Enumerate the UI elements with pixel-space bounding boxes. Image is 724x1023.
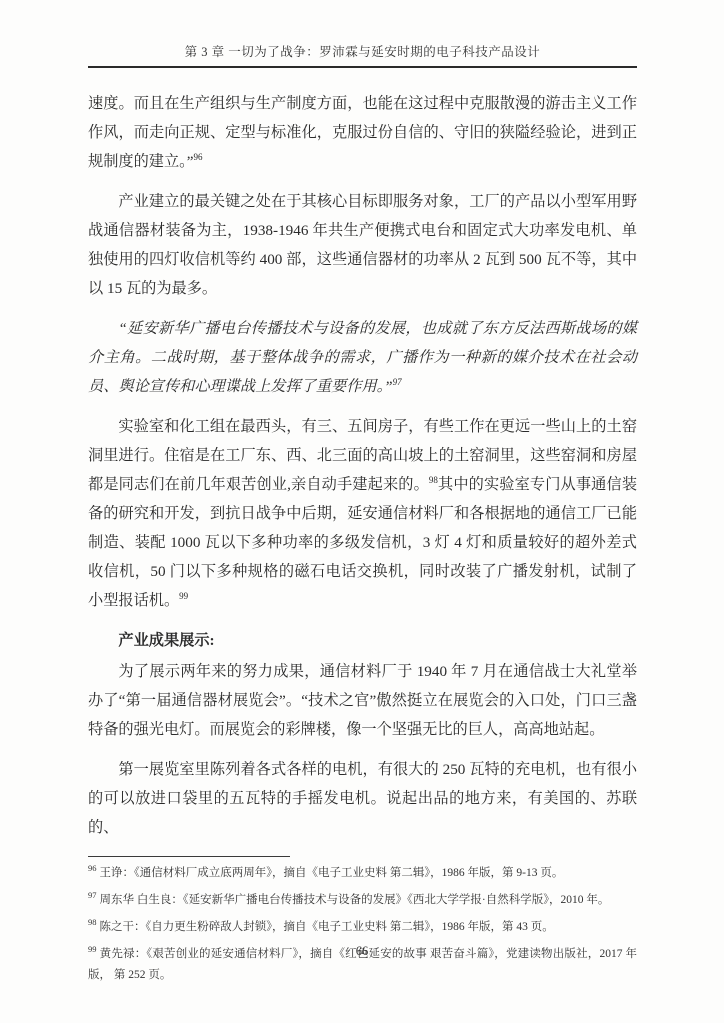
- document-page: 第 3 章 一切为了战争：罗沛霖与延安时期的电子科技产品设计 速度。而且在生产组…: [0, 0, 724, 1023]
- footnote-item: 98陈之干：《自力更生粉碎敌人封锁》，摘自《电子工业史料 第二辑》，1986 年…: [88, 917, 637, 938]
- footnotes-section: 96王诤：《通信材料厂成立底两周年》，摘自《电子工业史料 第二辑》，1986 年…: [88, 863, 637, 986]
- footnote-number: 96: [88, 863, 97, 873]
- footnote-item: 96王诤：《通信材料厂成立底两周年》，摘自《电子工业史料 第二辑》，1986 年…: [88, 863, 637, 884]
- footnote-ref: 98: [429, 475, 438, 485]
- body-text: 速度。而且在生产组织与生产制度方面，也能在这过程中克服散漫的游击主义工作作风，而…: [88, 89, 637, 842]
- paragraph: 速度。而且在生产组织与生产制度方面，也能在这过程中克服散漫的游击主义工作作风，而…: [88, 89, 637, 176]
- footnote-number: 98: [88, 917, 97, 927]
- page-header: 第 3 章 一切为了战争：罗沛霖与延安时期的电子科技产品设计: [88, 42, 637, 68]
- paragraph: 第一展览室里陈列着各式各样的电机，有很大的 250 瓦特的充电机，也有很小的可以…: [88, 755, 637, 842]
- page-number: 66: [0, 944, 724, 959]
- footnote-item: 97周东华 白生良：《延安新华广播电台传播技术与设备的发展》《西北大学学报·自然…: [88, 890, 637, 911]
- section-subheading: 产业成果展示:: [88, 626, 637, 655]
- paragraph: 产业建立的最关键之处在于其核心目标即服务对象，工厂的产品以小型军用野战通信器材装…: [88, 187, 637, 303]
- chapter-header-title: 第 3 章 一切为了战争：罗沛霖与延安时期的电子科技产品设计: [88, 42, 637, 60]
- paragraph: “延安新华广播电台传播技术与设备的发展，也成就了东方反法西斯战场的媒介主角。二战…: [88, 314, 637, 401]
- footnote-ref: 99: [179, 591, 188, 601]
- paragraph: 为了展示两年来的努力成果，通信材料厂于 1940 年 7 月在通信战士大礼堂举办…: [88, 657, 637, 744]
- header-rule: [88, 66, 637, 68]
- footnote-ref: 96: [193, 152, 202, 162]
- footnote-ref: 97: [393, 377, 402, 387]
- footnote-separator: [88, 856, 290, 857]
- paragraph: 实验室和化工组在最西头，有三、五间房子，有些工作在更远一些山上的土窑洞里进行。住…: [88, 412, 637, 615]
- footnote-number: 97: [88, 890, 97, 900]
